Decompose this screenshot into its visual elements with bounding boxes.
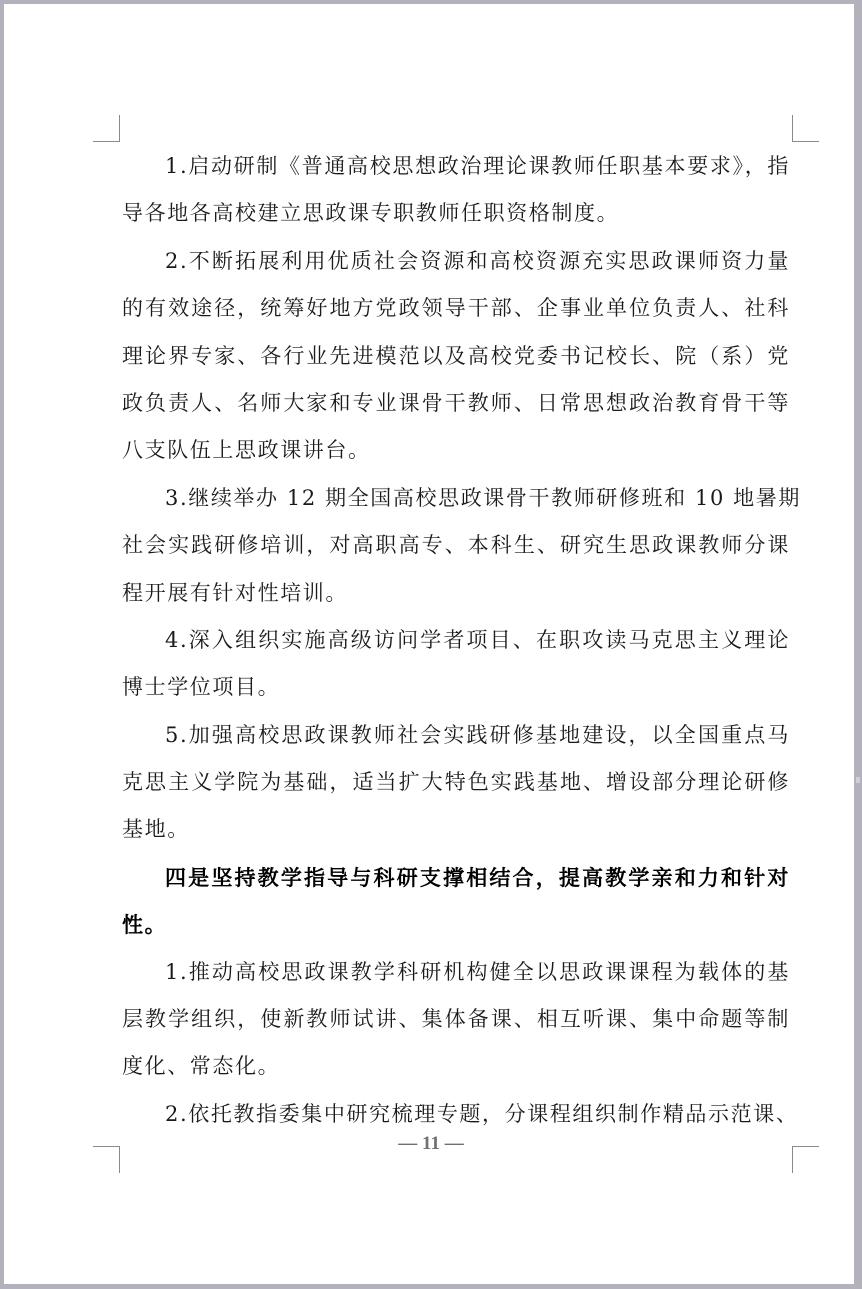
text-line: 2.不断拓展利用优质社会资源和高校资源充实思政课师资力量	[122, 238, 790, 285]
section-heading-line: 性。	[122, 901, 790, 948]
text-line: 3.继续举办 12 期全国高校思政课骨干教师研修班和 10 地暑期	[122, 475, 790, 522]
scrollbar-marker[interactable]	[856, 777, 860, 783]
text-line: 2.依托教指委集中研究梳理专题，分课程组织制作精品示范课、	[122, 1091, 790, 1138]
section-heading-line: 四是坚持教学指导与科研支撑相结合，提高教学亲和力和针对	[122, 854, 790, 901]
text-line: 程开展有针对性培训。	[122, 570, 790, 617]
text-line: 八支队伍上思政课讲台。	[122, 427, 790, 474]
crop-mark-top-right	[792, 115, 819, 142]
text-line: 层教学组织，使新教师试讲、集体备课、相互听课、集中命题等制	[122, 996, 790, 1043]
text-line: 基地。	[122, 806, 790, 853]
text-line: 克思主义学院为基础，适当扩大特色实践基地、增设部分理论研修	[122, 759, 790, 806]
crop-mark-top-left	[93, 115, 120, 142]
text-line: 1.推动高校思政课教学科研机构健全以思政课课程为载体的基	[122, 949, 790, 996]
text-line: 政负责人、名师大家和专业课骨干教师、日常思想政治教育骨干等	[122, 380, 790, 427]
text-line: 社会实践研修培训，对高职高专、本科生、研究生思政课教师分课	[122, 522, 790, 569]
text-line: 5.加强高校思政课教师社会实践研修基地建设，以全国重点马	[122, 712, 790, 759]
text-line: 导各地各高校建立思政课专职教师任职资格制度。	[122, 190, 790, 237]
text-line: 1.启动研制《普通高校思想政治理论课教师任职基本要求》，指	[122, 143, 790, 190]
text-line: 4.深入组织实施高级访问学者项目、在职攻读马克思主义理论	[122, 617, 790, 664]
text-line: 博士学位项目。	[122, 664, 790, 711]
text-line: 的有效途径，统筹好地方党政领导干部、企事业单位负责人、社科	[122, 285, 790, 332]
page-number: — 11 —	[0, 1133, 862, 1155]
text-line: 理论界专家、各行业先进模范以及高校党委书记校长、院（系）党	[122, 333, 790, 380]
document-body: 1.启动研制《普通高校思想政治理论课教师任职基本要求》，指 导各地各高校建立思政…	[122, 143, 790, 1138]
text-line: 度化、常态化。	[122, 1043, 790, 1090]
